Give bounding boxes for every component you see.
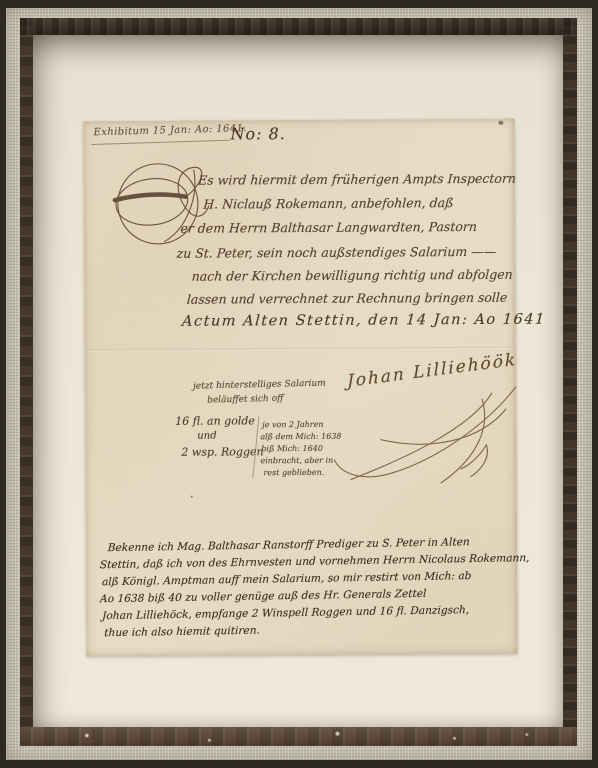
body-line: lassen und verrechnet zur Rechnung bring… xyxy=(186,290,507,307)
wood-grain-top xyxy=(20,18,577,35)
exhibit-underline xyxy=(92,140,230,145)
marginal-detail: biß Mich: 1640 xyxy=(261,444,323,453)
wood-grain-left xyxy=(20,18,33,746)
receipt-line: Stettin, daß ich von des Ehrnvesten und … xyxy=(100,552,530,571)
receipt-line: Johan Lilliehöck, empfange 2 Winspell Ro… xyxy=(102,604,469,622)
marginal-detail: je von 2 Jahren xyxy=(262,420,323,429)
receipt-line: Ao 1638 biß 40 zu voller genüge auß des … xyxy=(100,588,427,605)
receipt-line: alß Königl. Amptman auff mein Salarium, … xyxy=(102,570,472,588)
body-line: zu St. Peter, sein noch außstendiges Sal… xyxy=(176,244,497,261)
signature-flourish xyxy=(320,381,521,490)
exhibit-annotation: Exhibitum 15 Jan: Ao: 1641. xyxy=(93,123,247,138)
ink-speck xyxy=(498,121,503,125)
marginal-note-heading: jetzt hinterstelliges Salarium xyxy=(193,379,326,392)
wood-grain-bottom xyxy=(20,727,577,746)
paper-crease xyxy=(85,347,516,352)
manuscript-paper: Exhibitum 15 Jan: Ao: 1641. No: 8. Es wi… xyxy=(83,119,517,657)
wood-grain-right xyxy=(563,18,577,746)
marginal-amount: 16 fl. an golde xyxy=(175,414,255,427)
body-line: H. Niclauß Rokemann, anbefohlen, daß xyxy=(203,195,454,212)
ink-speck xyxy=(191,496,193,498)
body-line: Es wird hiermit dem früherigen Ampts Ins… xyxy=(198,171,517,188)
mat-board: Exhibitum 15 Jan: Ao: 1641. No: 8. Es wi… xyxy=(33,35,563,727)
body-line: er dem Herrn Balthasar Langwardten, Past… xyxy=(180,219,477,236)
receipt-line: thue ich also hiemit quitiren. xyxy=(104,625,260,640)
picture-frame-moulding: Exhibitum 15 Jan: Ao: 1641. No: 8. Es wi… xyxy=(20,18,577,746)
actum-line: Actum Alten Stettin, den 14 Jan: Ao 1641 xyxy=(182,311,547,329)
document-number: No: 8. xyxy=(230,124,285,143)
marginal-note-heading: beläuffet sich off xyxy=(207,394,284,406)
body-line: nach der Kirchen bewilligung richtig und… xyxy=(191,267,513,284)
receipt-line: Bekenne ich Mag. Balthasar Ranstorff Pre… xyxy=(108,536,470,554)
marginal-amount: und xyxy=(197,431,216,442)
marginal-detail: rest geblieben. xyxy=(263,468,324,477)
marginal-amount: 2 wsp. Roggen xyxy=(181,445,263,459)
